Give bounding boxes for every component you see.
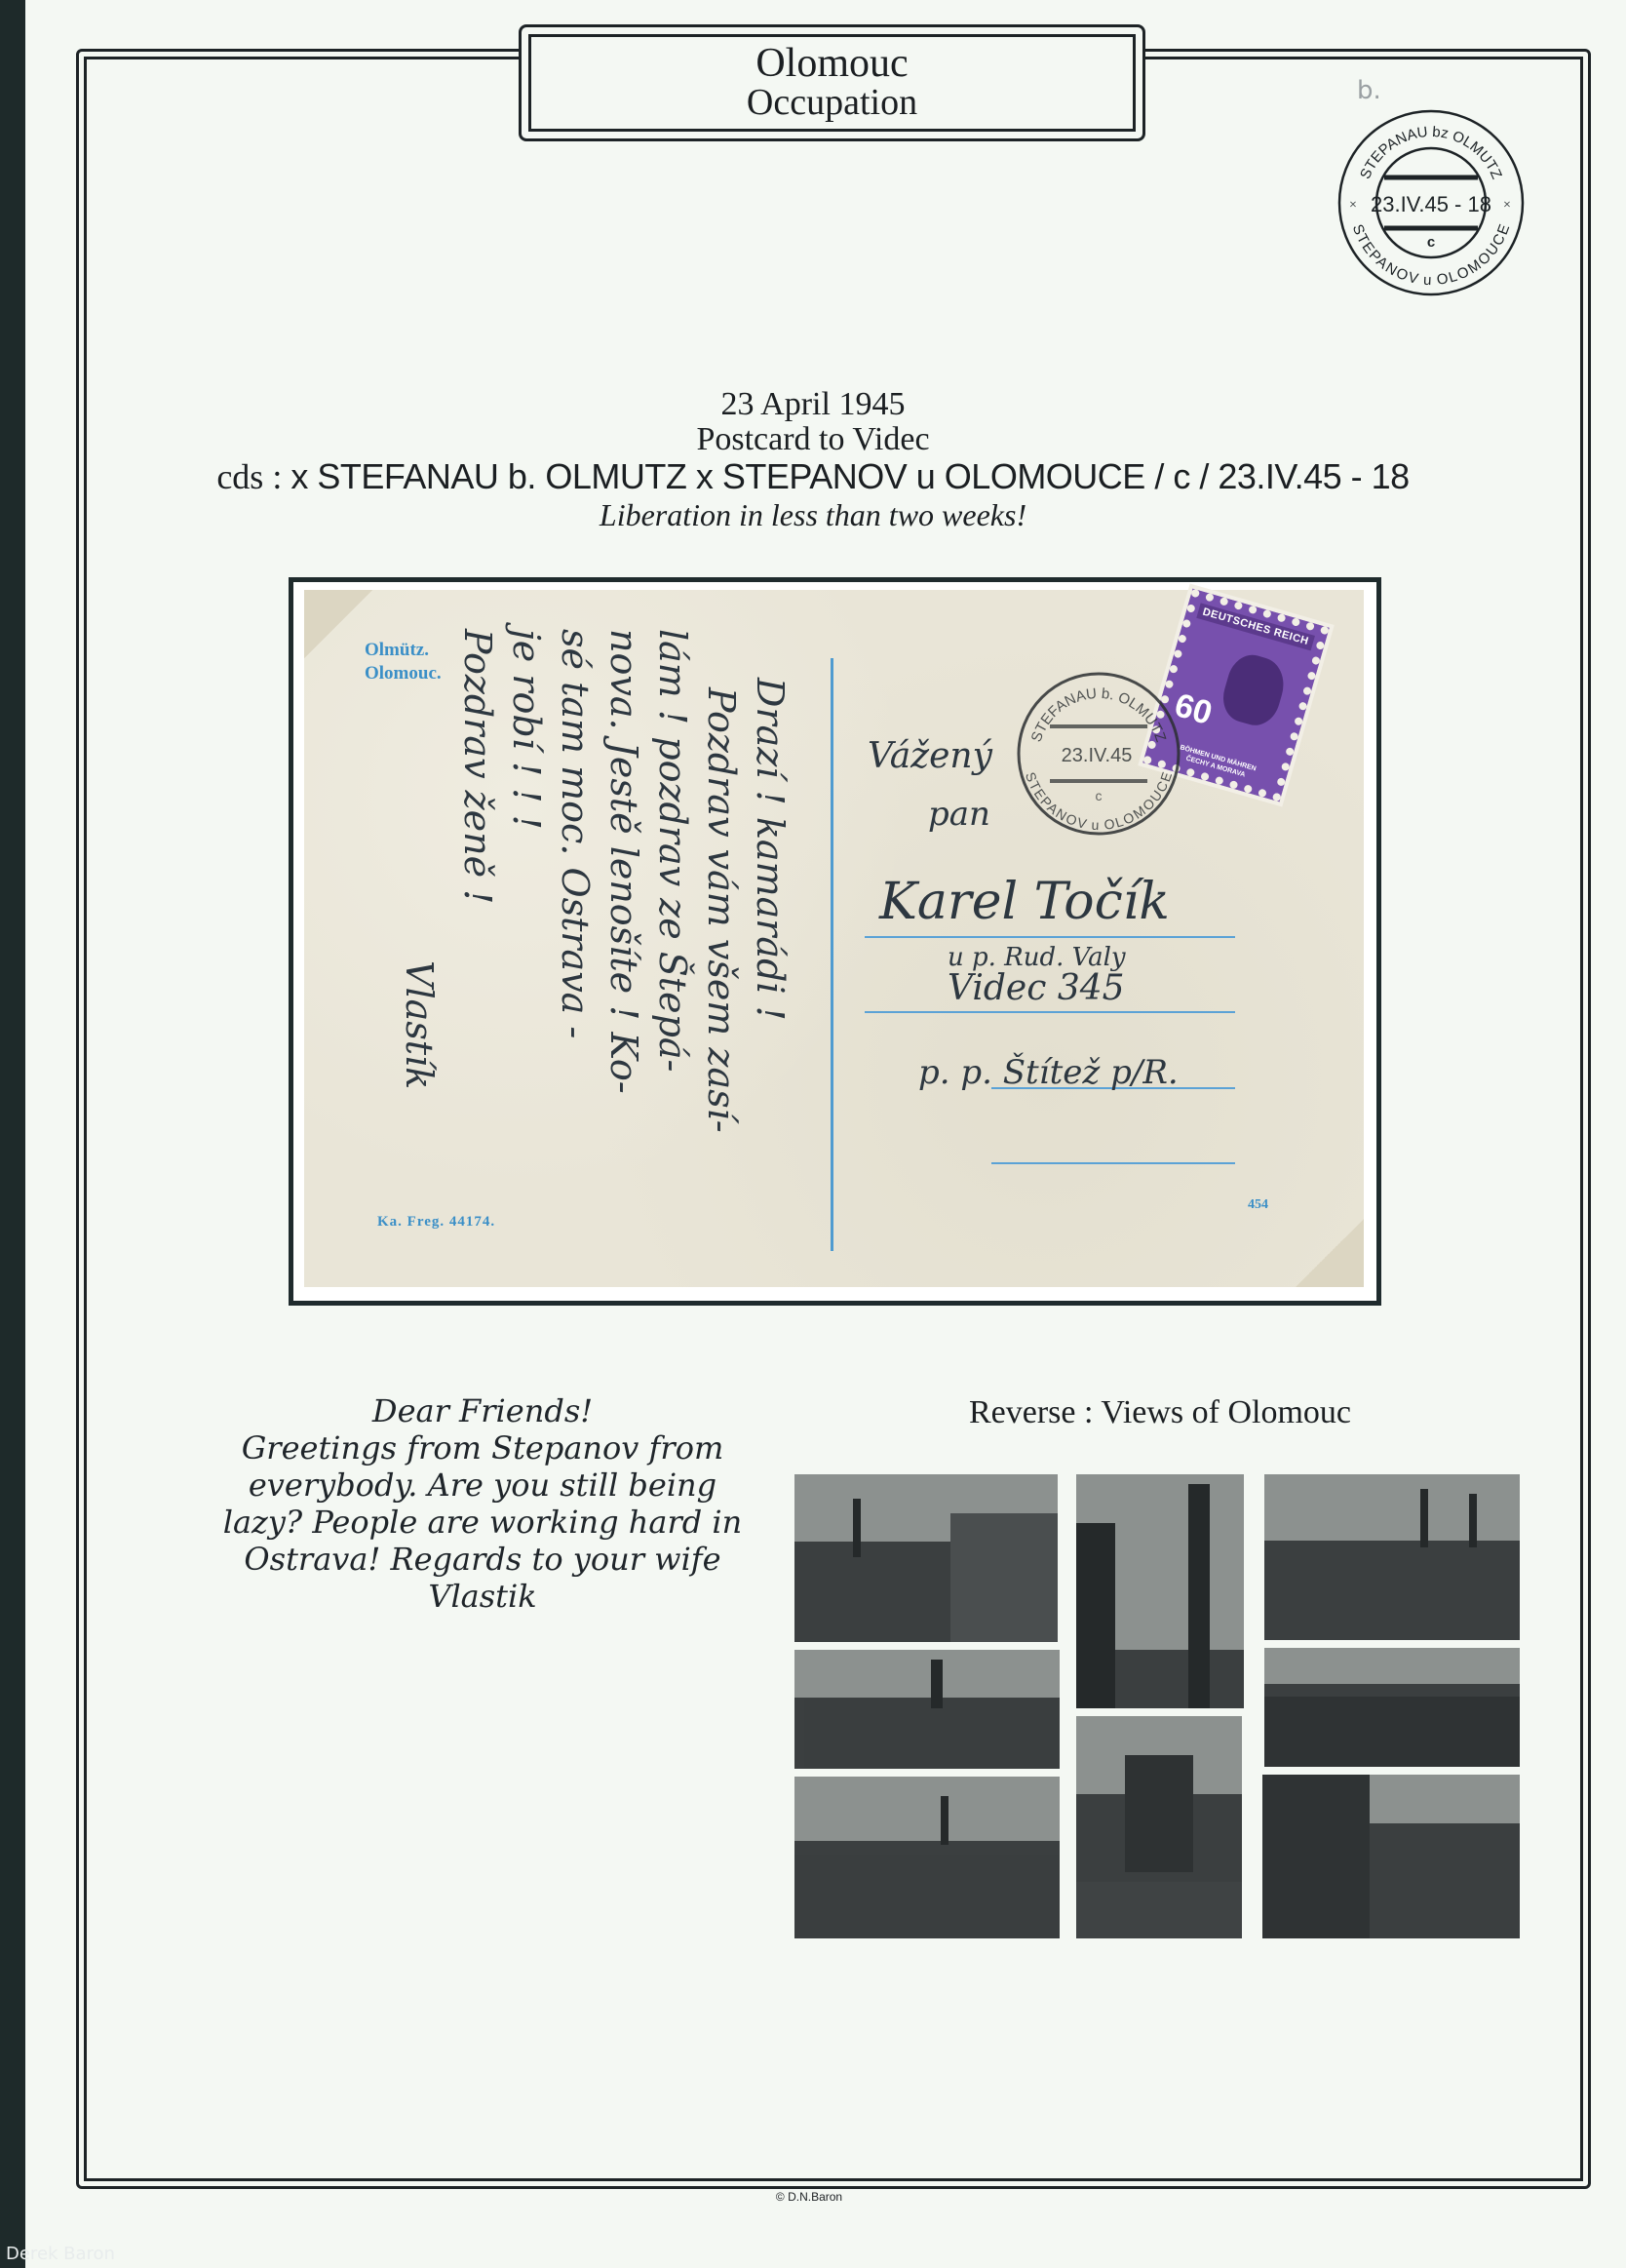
cancel-index: c (1096, 788, 1103, 803)
address-name: Karel Točík (879, 873, 1170, 931)
view-photo (1264, 1474, 1520, 1640)
reverse-heading: Reverse : Views of Olomouc (780, 1394, 1540, 1431)
address-line (991, 1162, 1235, 1164)
message-line: Pozdrav ženě ! (456, 629, 499, 904)
view-photo (794, 1474, 1058, 1642)
address-line (865, 936, 1235, 938)
svg-text:STEPANOV u OLOMOUCE: STEPANOV u OLOMOUCE (1349, 222, 1514, 289)
postmark-date: 23.IV.45 - 18 (1371, 192, 1491, 216)
message-line: sé tam moc. Ostrava - (554, 629, 597, 1038)
translation-line: Ostrava! Regards to your wife (146, 1541, 819, 1578)
address-salutation: Vážený (868, 736, 992, 776)
translation-line: Vlastik (146, 1578, 819, 1615)
svg-text:STEPANAU bz OLMUTZ: STEPANAU bz OLMUTZ (1357, 124, 1505, 181)
photo-corner (1296, 1219, 1364, 1287)
cds-text: x STEFANAU b. OLMUTZ x STEPANOV u OLOMOU… (290, 456, 1409, 496)
translation-line: Dear Friends! (146, 1392, 819, 1429)
message-line: Drazí ! kamarádi ! (749, 678, 792, 1021)
address-town: Videc 345 (948, 968, 1125, 1008)
view-photo (1076, 1716, 1242, 1938)
cancel-top-arc: STEFANAU b. OLMUTZ (1028, 685, 1170, 744)
item-date: 23 April 1945 (0, 386, 1626, 423)
postmark-index: c (1427, 234, 1435, 251)
view-photo (1264, 1648, 1520, 1767)
translation-line: lazy? People are working hard in (146, 1504, 819, 1541)
item-title: Postcard to Videc (0, 421, 1626, 458)
message-translation: Dear Friends! Greetings from Stepanov fr… (146, 1392, 819, 1615)
card-number: 454 (1248, 1197, 1268, 1213)
address-title: pan (928, 795, 990, 834)
copyright-footer: © D.N.Baron (682, 2190, 936, 2204)
view-photo (1262, 1775, 1520, 1938)
divider-line (831, 658, 833, 1251)
postmark-cross-left: × (1349, 198, 1357, 213)
message-line: nova. Jestě lenošíte ! Ko- (602, 629, 645, 1094)
item-note: Liberation in less than two weeks! (0, 497, 1626, 533)
svg-text:STEFANAU b. OLMUTZ: STEFANAU b. OLMUTZ (1028, 685, 1170, 744)
translation-line: everybody. Are you still being (146, 1466, 819, 1504)
title-subject: Occupation (747, 83, 917, 122)
view-photo (794, 1777, 1060, 1938)
pencil-note: b. (1357, 76, 1381, 105)
view-photo (1076, 1474, 1244, 1708)
scanner-edge-strip (0, 0, 25, 2268)
postmark-cross-right: × (1503, 198, 1511, 213)
stamp-portrait (1218, 649, 1291, 730)
message-line: Pozdrav vám všem zasí- (700, 687, 743, 1133)
translation-line: Greetings from Stepanov from (146, 1429, 819, 1466)
postmark-top-arc: STEPANAU bz OLMUTZ (1357, 124, 1505, 181)
cds-description: cds : x STEFANAU b. OLMUTZ x STEPANOV u … (0, 456, 1626, 497)
view-photo (794, 1650, 1060, 1769)
postmark-illustration: STEPANAU bz OLMUTZ STEPANOV u OLOMOUCE 2… (1336, 107, 1527, 298)
cds-prefix: cds : (216, 457, 282, 496)
message-signature: Vlastík (398, 960, 441, 1089)
cancellation-postmark: STEFANAU b. OLMUTZ STEPANOV u OLOMOUCE 2… (1011, 666, 1186, 841)
handwritten-message: Drazí ! kamarádi ! Pozdrav vám všem zasí… (304, 590, 831, 1287)
postmark-bottom-arc: STEPANOV u OLOMOUCE (1349, 222, 1514, 289)
cancel-date: 23.IV.45 (1062, 745, 1133, 766)
address-post-office: p. p. Štítež p/R. (918, 1053, 1179, 1092)
title-city: Olomouc (755, 44, 908, 83)
message-line: lám ! pozdrav ze Štepá- (651, 629, 694, 1072)
message-line: je robí ! ! ! (505, 629, 548, 830)
page-title: Olomouc Occupation (528, 34, 1136, 132)
watermark: Derek Baron (6, 2244, 115, 2264)
address-line (865, 1011, 1235, 1013)
